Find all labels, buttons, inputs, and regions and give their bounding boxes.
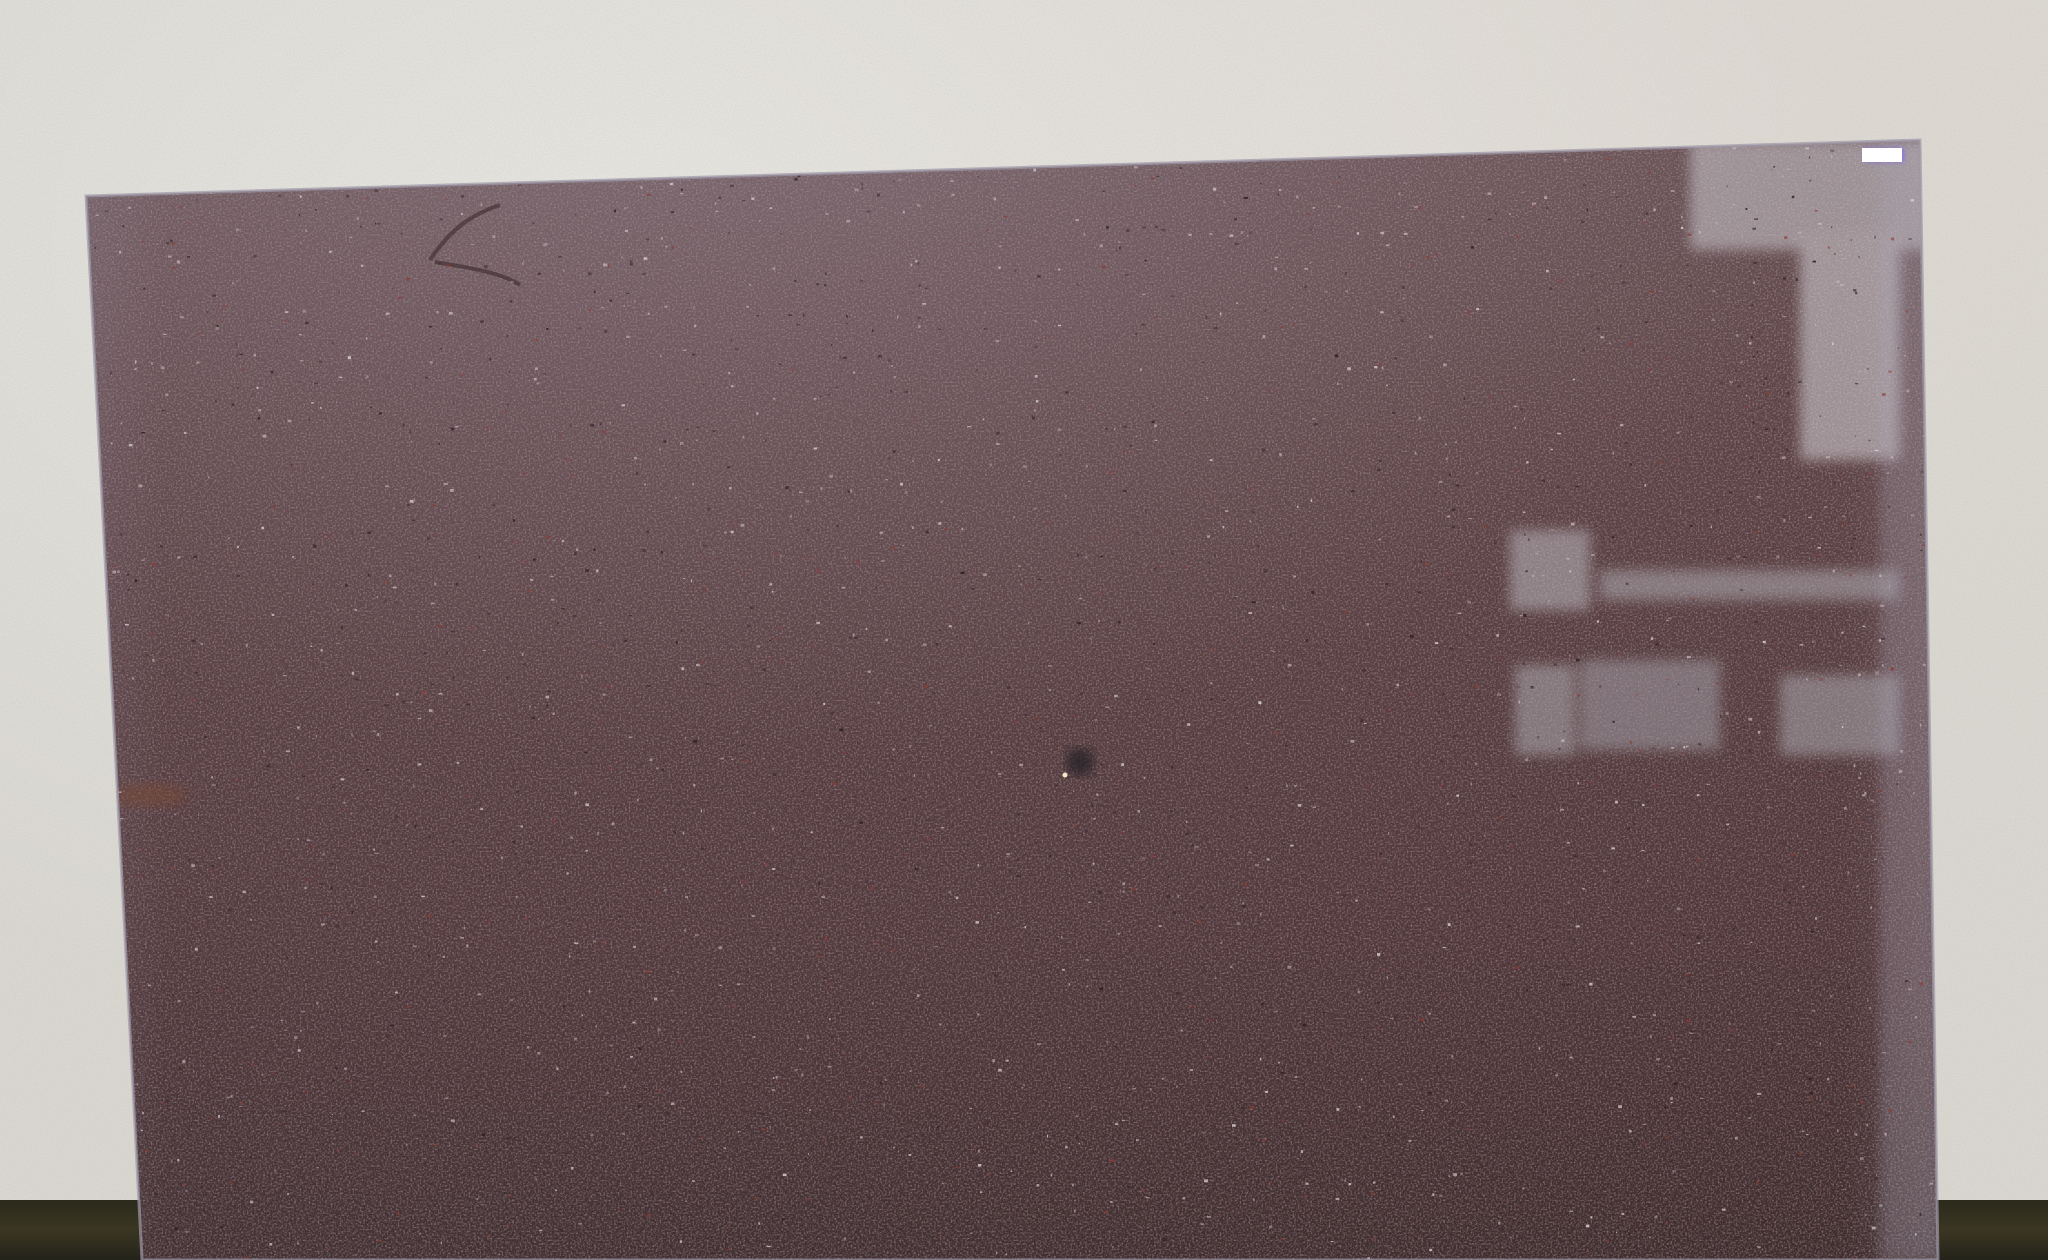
granite-slab <box>0 0 2048 1260</box>
label-sticker <box>1862 148 1902 162</box>
